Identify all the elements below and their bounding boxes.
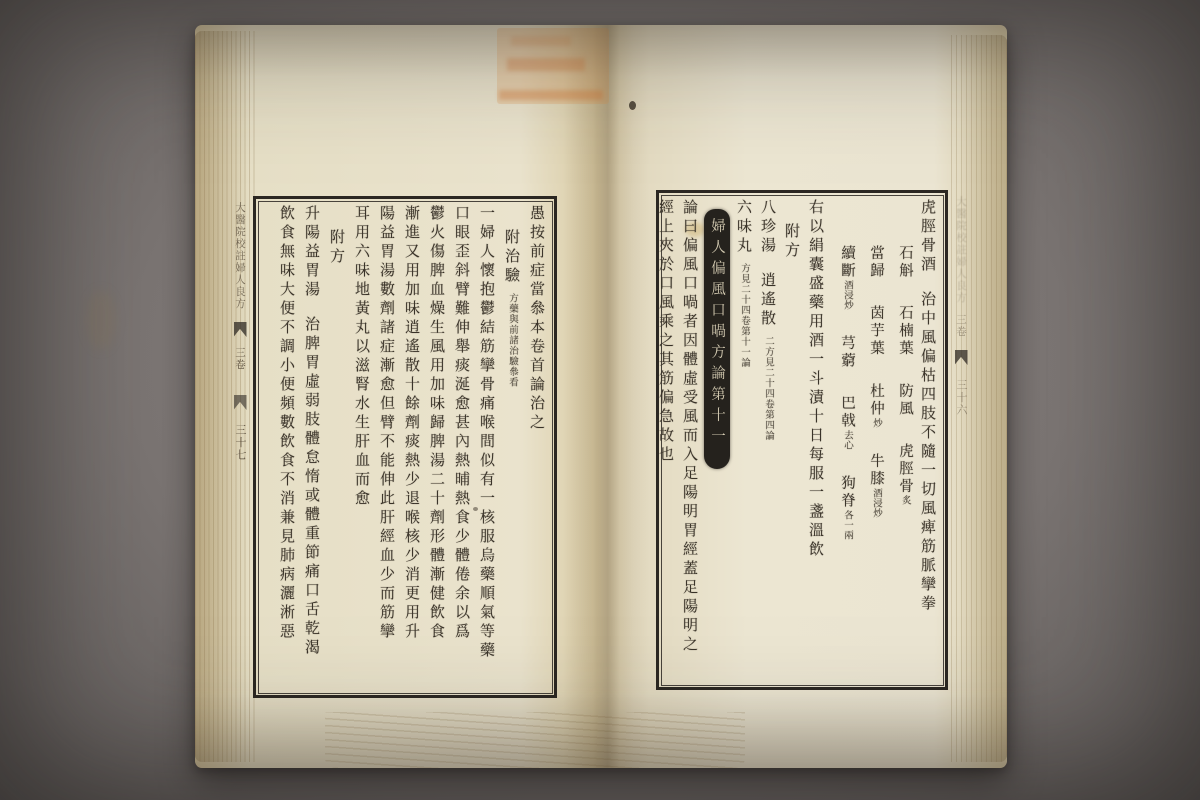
drug-entry: 狗脊各一兩 bbox=[839, 475, 855, 540]
case-column: 口眼歪斜臂難伸舉痰涎愈甚內熱晡熱食少體倦余以爲 bbox=[450, 205, 472, 689]
left-page-text: 愚按前症當叅本卷首論治之 附治驗方藥與前諸治驗叅看 一婦人懷抱鬱結筋攣骨痛喉間似… bbox=[263, 205, 547, 689]
folio-juan-number: 三卷 bbox=[234, 347, 246, 371]
case-column: 漸進又用加味逍遙散十餘劑痰熱少退喉核少消更用升 bbox=[400, 205, 422, 689]
folio-page-number: 三十七 bbox=[234, 424, 246, 462]
drug-prep-note: 酒浸炒 bbox=[842, 280, 853, 310]
discussion-column: 論曰偏風口喎者因體虛受風而入足陽明胃經蓋足陽明之 bbox=[679, 199, 700, 681]
formula-name: 六味丸 bbox=[735, 199, 753, 256]
drug-name: 石楠葉 bbox=[897, 305, 913, 358]
appendix-head: 附治驗 bbox=[503, 229, 521, 286]
case-column: 鬱火傷脾血燥生風用加味歸脾湯二十劑形體漸健飲食 bbox=[425, 205, 447, 689]
drug-list: 石斛石楠葉防風虎脛骨炙 當歸茵芋葉杜仲炒牛膝酒浸炒 續斷酒浸炒芎藭巴戟去心狗脊各… bbox=[829, 199, 914, 681]
case-column: 陽益胃湯數劑諸症漸愈但臂不能伸此肝經血少而筋攣 bbox=[375, 205, 397, 689]
drug-column: 續斷酒浸炒芎藭巴戟去心狗脊各一兩 bbox=[829, 199, 856, 681]
instruction-column: 右以絹囊盛藥用酒一斗漬十日每服一盞溫飲 bbox=[805, 199, 826, 681]
drug-prep-note: 各一兩 bbox=[842, 510, 853, 540]
case-column: 一婦人懷抱鬱結筋攣骨痛喉間似有一核服烏藥順氣等藥 bbox=[475, 205, 497, 689]
ink-speck bbox=[629, 101, 636, 110]
drug-name: 巴戟 bbox=[839, 395, 855, 430]
formula-name: 虎脛骨酒 bbox=[919, 199, 937, 275]
reference-note: 二方見二十四卷第四論 bbox=[763, 336, 774, 441]
drug-entry: 杜仲炒 bbox=[868, 383, 884, 428]
folio-right: 大醫院校註婦人良方 三卷 三十六 bbox=[950, 196, 972, 674]
appendix-label-column: 附方 bbox=[781, 199, 802, 681]
faded-seal-stamp bbox=[497, 28, 609, 104]
drug-prep-note: 炒 bbox=[871, 418, 882, 428]
drug-name: 狗脊 bbox=[839, 475, 855, 510]
drug-prep-note: 酒浸炒 bbox=[871, 488, 882, 518]
page-edges-bottom bbox=[325, 712, 745, 768]
folio-left: 大醫院校註婦人良方 三卷 三十七 bbox=[228, 202, 252, 684]
left-page-frame: 愚按前症當叅本卷首論治之 附治驗方藥與前諸治驗叅看 一婦人懷抱鬱結筋攣骨痛喉間似… bbox=[253, 196, 557, 698]
drug-column: 當歸茵芋葉杜仲炒牛膝酒浸炒 bbox=[858, 199, 885, 681]
drug-entry: 當歸 bbox=[868, 245, 884, 280]
formula-indication: 治脾胃虛弱肢體怠惰或體重節痛口舌乾渴 bbox=[303, 316, 321, 658]
drug-prep-note: 炙 bbox=[900, 495, 911, 505]
comment-column: 愚按前症當叅本卷首論治之 bbox=[525, 205, 547, 689]
formula-name: 逍遙散 bbox=[759, 272, 777, 329]
drug-name: 芎藭 bbox=[839, 335, 855, 370]
drug-entry: 石楠葉 bbox=[897, 305, 913, 358]
appendix-label-column: 附方 bbox=[325, 205, 347, 689]
drug-entry: 防風 bbox=[897, 383, 913, 418]
drug-entry: 石斛 bbox=[897, 245, 913, 280]
reference-column: 六味丸方見二十四卷第十一論 bbox=[733, 199, 754, 681]
seal-mark bbox=[511, 36, 571, 46]
drug-name: 茵芋葉 bbox=[868, 305, 884, 358]
formula-indication-column: 飲食無味大便不調小便頻數飲食不消兼見肺病灑淅惡 bbox=[275, 205, 297, 689]
fishtail-mark bbox=[234, 322, 247, 337]
drug-column: 石斛石楠葉防風虎脛骨炙 bbox=[887, 199, 914, 681]
drug-name: 當歸 bbox=[868, 245, 884, 280]
drug-entry: 芎藭 bbox=[839, 335, 855, 370]
drug-entry: 牛膝酒浸炒 bbox=[868, 453, 884, 518]
seal-mark bbox=[507, 58, 585, 71]
case-column: 耳用六味地黃丸以滋腎水生肝血而愈 bbox=[350, 205, 372, 689]
reference-column: 八珍湯逍遙散二方見二十四卷第四論 bbox=[757, 199, 778, 681]
right-page-frame: 虎脛骨酒治中風偏枯四肢不隨一切風痺筋脈攣拳 石斛石楠葉防風虎脛骨炙 當歸茵芋葉杜… bbox=[656, 190, 948, 690]
folio-book-title: 大醫院校註婦人良方 bbox=[955, 196, 967, 304]
formula-title-column: 升陽益胃湯治脾胃虛弱肢體怠惰或體重節痛口舌乾渴 bbox=[300, 205, 322, 689]
photo-stage: 大醫院校註婦人良方 三卷 三十七 大醫院校註婦人良方 三卷 三十六 虎脛骨酒治中… bbox=[0, 0, 1200, 800]
drug-entry: 續斷酒浸炒 bbox=[839, 245, 855, 310]
folio-juan-number: 三卷 bbox=[955, 314, 967, 338]
book-gutter bbox=[563, 25, 649, 768]
drug-entry: 巴戟去心 bbox=[839, 395, 855, 450]
drug-prep-note: 去心 bbox=[842, 430, 853, 450]
paper-stain bbox=[86, 290, 116, 350]
fishtail-mark bbox=[234, 395, 247, 410]
drug-name: 杜仲 bbox=[868, 383, 884, 418]
fishtail-mark bbox=[955, 350, 968, 365]
drug-name: 防風 bbox=[897, 383, 913, 418]
drug-name: 續斷 bbox=[839, 245, 855, 280]
appendix-head-column: 附治驗方藥與前諸治驗叅看 bbox=[500, 205, 522, 689]
folio-book-title: 大醫院校註婦人良方 bbox=[234, 202, 246, 310]
folio-page-number: 三十六 bbox=[955, 379, 967, 417]
drug-name: 石斛 bbox=[897, 245, 913, 280]
formula-name: 八珍湯 bbox=[759, 199, 777, 256]
section-title-column: 婦人偏風口喎方論第十一 bbox=[703, 199, 730, 681]
drug-entry: 茵芋葉 bbox=[868, 305, 884, 358]
formula-title-column: 虎脛骨酒治中風偏枯四肢不隨一切風痺筋脈攣拳 bbox=[917, 199, 938, 681]
discussion-column: 經上夾於口風乘之其筋偏急故也 bbox=[655, 199, 676, 681]
right-page-text: 虎脛骨酒治中風偏枯四肢不隨一切風痺筋脈攣拳 石斛石楠葉防風虎脛骨炙 當歸茵芋葉杜… bbox=[666, 199, 938, 681]
appendix-note: 方藥與前諸治驗叅看 bbox=[507, 293, 518, 388]
seal-mark bbox=[499, 90, 603, 100]
reference-note: 方見二十四卷第十一論 bbox=[739, 263, 750, 368]
formula-indication: 治中風偏枯四肢不隨一切風痺筋脈攣拳 bbox=[919, 291, 937, 614]
section-title-bar: 婦人偏風口喎方論第十一 bbox=[704, 209, 730, 469]
drug-name: 牛膝 bbox=[868, 453, 884, 488]
drug-name: 虎脛骨 bbox=[897, 443, 913, 496]
formula-name: 升陽益胃湯 bbox=[303, 205, 321, 300]
drug-entry: 虎脛骨炙 bbox=[897, 443, 913, 506]
